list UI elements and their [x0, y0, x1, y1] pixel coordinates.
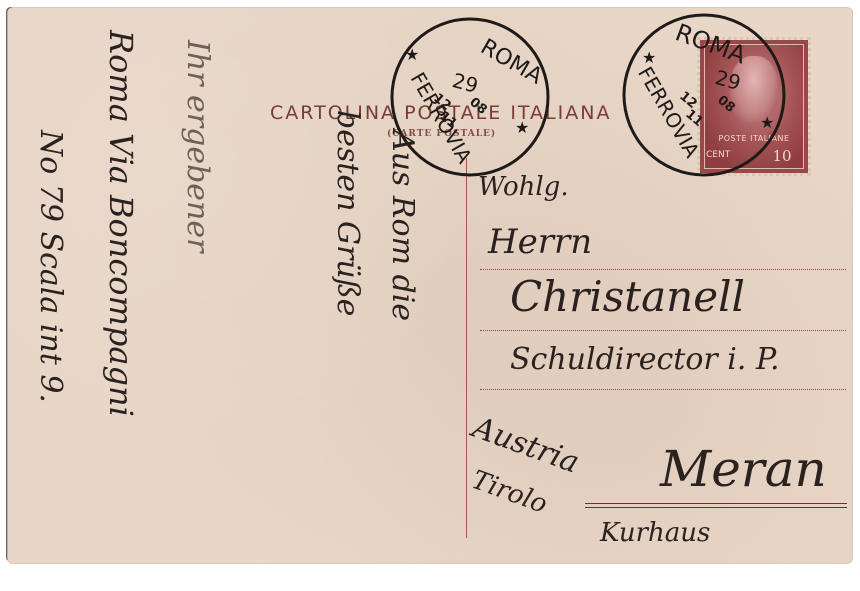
stamp-country: POSTE ITALIANE	[708, 134, 800, 143]
address-name: Christanell	[510, 272, 745, 321]
address-underline	[585, 507, 847, 508]
message-line: No 79 Scala int 9.	[33, 130, 68, 403]
address-underline	[585, 503, 847, 504]
message-line: Ihr ergebener	[180, 40, 215, 252]
address-city: Meran	[660, 440, 827, 498]
address-occupation: Schuldirector i. P.	[510, 342, 780, 377]
message-line: Roma Via Boncompagni	[102, 30, 140, 417]
address-line	[480, 269, 846, 270]
postage-stamp: POSTE ITALIANE CENT 10	[700, 40, 808, 173]
message-line: Aus Rom die	[385, 130, 420, 321]
address-title: Herrn	[488, 222, 592, 262]
king-portrait-icon	[730, 56, 778, 122]
stamp-value: 10	[760, 147, 804, 165]
address-note: Kurhaus	[600, 518, 710, 548]
center-divider	[466, 158, 467, 538]
address-salutation: Wohlg.	[478, 172, 569, 202]
address-line	[480, 389, 846, 390]
card-title: CARTOLINA POSTALE ITALIANA	[270, 102, 611, 124]
address-line	[480, 330, 846, 331]
message-line: besten Grüße	[330, 110, 365, 316]
card-edge	[6, 10, 8, 560]
stamp-currency: CENT	[706, 150, 730, 160]
